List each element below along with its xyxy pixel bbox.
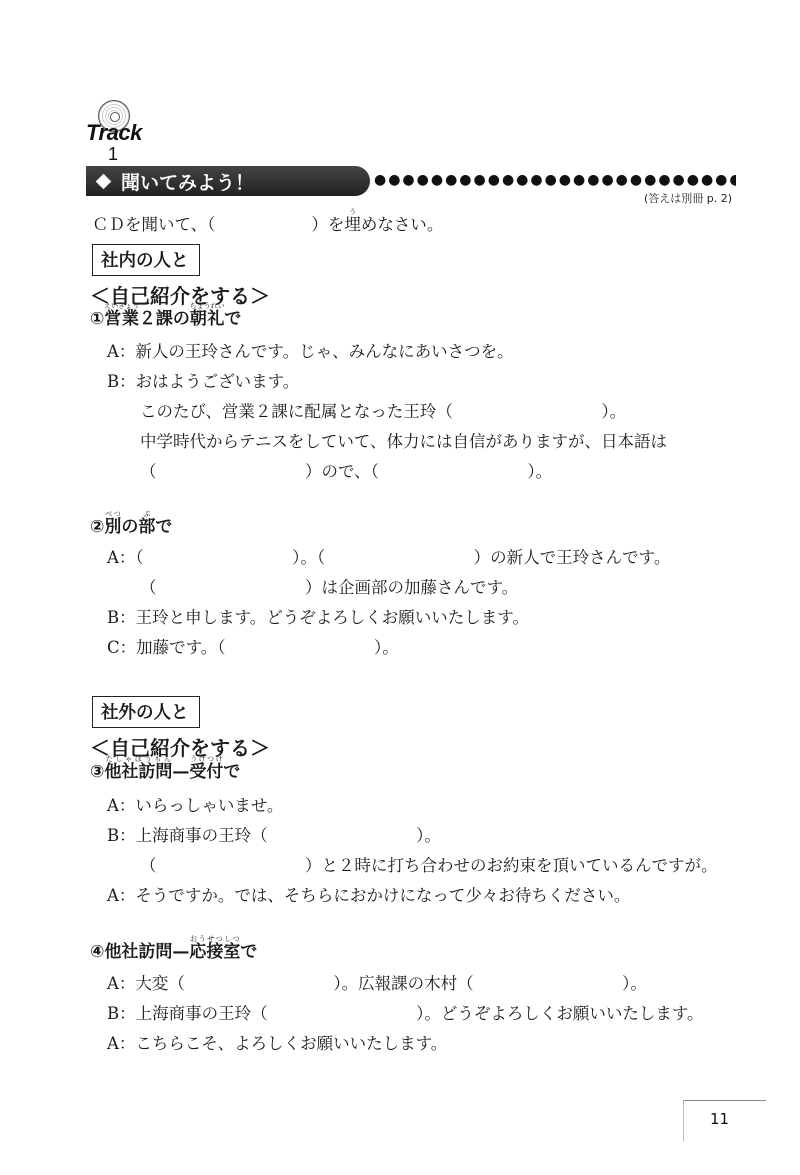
scene-title-2: ②別べつの部ぶで [90, 510, 172, 537]
section-label-external: 社外の人と [92, 696, 200, 728]
instruction-pre: ＣＤを聞いて、（ [92, 215, 215, 234]
scene-title-3: ③他社訪問たしゃほうもん—受付うけつけで [90, 755, 240, 782]
dialogue-line: A：大変（ ）。広報課の木村（ ）。 [107, 970, 647, 994]
track-label: Track [86, 120, 142, 146]
dialogue-line: A：（ ）。（ ）の新人で王玲さんです。 [107, 544, 670, 568]
dialogue-line: A：そうですか。では、そちらにおかけになって少々お待ちください。 [107, 882, 630, 906]
scene-title-4: ④他社訪問—応接室おうせつしつで [90, 935, 257, 962]
page-number: 11 [710, 1110, 729, 1128]
answer-reference: (答えは別冊 p. 2) [644, 190, 732, 206]
dialogue-line: B：おはようございます。 [107, 368, 299, 392]
section-label-internal: 社内の人と [92, 244, 200, 276]
dialogue-line: C：加藤です。（ ）。 [107, 634, 399, 658]
dialogue-line: このたび、営業２課に配属となった王玲（ ）。 [140, 398, 626, 422]
dialogue-line: A：新人の王玲さんです。じゃ、みんなにあいさつを。 [107, 338, 514, 362]
dialogue-line: （ ）ので、（ ）。 [140, 458, 552, 482]
dotted-rule: ●●●●●●●●●●●●●●●●●●●●●●●●●●●●●●●●●●●●●●●●… [374, 172, 736, 186]
dialogue-line: B：上海商事の王玲（ ）。どうぞよろしくお願いいたします。 [107, 1000, 704, 1024]
diamond-icon [96, 173, 112, 189]
dialogue-line: 中学時代からテニスをしていて、体力には自信がありますが、日本語は [140, 428, 667, 452]
dialogue-line: B：上海商事の王玲（ ）。 [107, 822, 441, 846]
scene-title-1: ①営業えいぎょう２課の朝礼ちょうれいで [90, 302, 241, 329]
dialogue-line: B：王玲と申します。どうぞよろしくお願いいたします。 [107, 604, 529, 628]
track-icon: Track 1 [86, 100, 156, 166]
section-header-bar: 聞いてみよう！ [86, 166, 370, 196]
instruction: ＣＤを聞いて、（）を埋うめなさい。 [92, 208, 443, 235]
dialogue-line: A：こちらこそ、よろしくお願いいたします。 [107, 1030, 447, 1054]
instruction-tail: めなさい。 [361, 215, 444, 234]
instruction-post: ）を [311, 215, 344, 234]
section-title: 聞いてみよう！ [121, 168, 254, 195]
dialogue-line: （ ）と２時に打ち合わせのお約束を頂いているんですが。 [140, 852, 718, 876]
instruction-ruby: 埋う [344, 215, 361, 234]
track-number: 1 [108, 144, 118, 165]
dialogue-line: （ ）は企画部の加藤さんです。 [140, 574, 518, 598]
dialogue-line: A：いらっしゃいませ。 [107, 792, 283, 816]
